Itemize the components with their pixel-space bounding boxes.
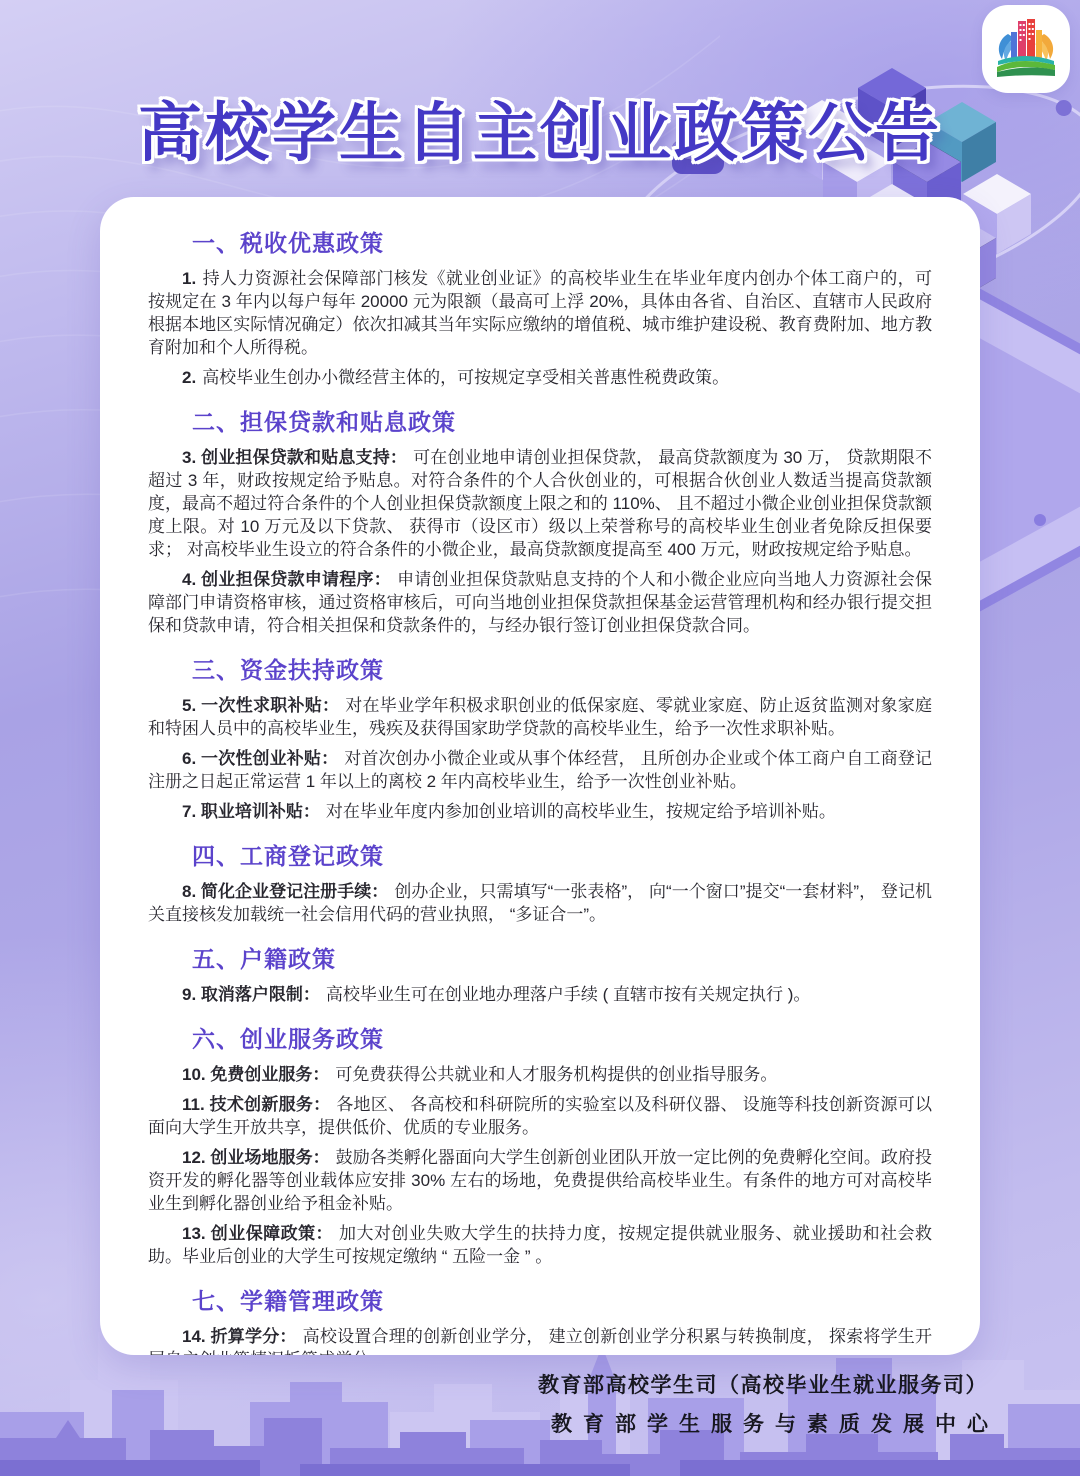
footer-line-2: 教育部学生服务与素质发展中心	[538, 1408, 999, 1438]
section-heading-hukou: 五、户籍政策	[192, 941, 932, 974]
item-text: 持人力资源社会保障部门核发《就业创业证》的高校毕业生在毕业年度内创办个体工商户的…	[148, 269, 932, 357]
section-heading-registration: 四、工商登记政策	[192, 838, 932, 871]
policy-item: 6. 一次性创业补贴：对首次创办小微企业或从事个体经营， 且所创办企业或个体工商…	[148, 747, 932, 793]
policy-item: 10. 免费创业服务：可免费获得公共就业和人才服务机构提供的创业指导服务。	[148, 1063, 932, 1086]
page-title: 高校学生自主创业政策公告	[0, 82, 1080, 174]
item-label: 4. 创业担保贷款申请程序：	[182, 570, 391, 589]
item-text: 可免费获得公共就业和人才服务机构提供的创业指导服务。	[335, 1065, 777, 1084]
item-label: 14. 折算学分：	[182, 1327, 297, 1346]
employment-service-logo	[982, 5, 1070, 93]
policy-item: 5. 一次性求职补贴：对在毕业学年积极求职创业的低保家庭、零就业家庭、防止返贫监…	[148, 694, 932, 740]
logo-icon	[991, 14, 1061, 84]
item-label: 2.	[182, 368, 196, 387]
item-label: 8. 简化企业登记注册手续：	[182, 882, 388, 901]
item-label: 12. 创业场地服务：	[182, 1148, 330, 1167]
policy-card: 一、税收优惠政策 1.持人力资源社会保障部门核发《就业创业证》的高校毕业生在毕业…	[100, 197, 980, 1355]
footer: 教育部高校学生司（高校毕业生就业服务司） 教育部学生服务与素质发展中心	[538, 1369, 988, 1438]
item-text: 高校毕业生可在创业地办理落户手续 ( 直辖市按有关规定执行 )。	[326, 985, 811, 1004]
policy-item: 1.持人力资源社会保障部门核发《就业创业证》的高校毕业生在毕业年度内创办个体工商…	[148, 267, 932, 359]
item-label: 1.	[182, 269, 196, 288]
section-heading-funding: 三、资金扶持政策	[192, 652, 932, 685]
policy-item: 9. 取消落户限制：高校毕业生可在创业地办理落户手续 ( 直辖市按有关规定执行 …	[148, 983, 932, 1006]
section-heading-student-status: 七、学籍管理政策	[192, 1283, 932, 1316]
item-label: 10. 免费创业服务：	[182, 1065, 329, 1084]
item-label: 3. 创业担保贷款和贴息支持：	[182, 448, 407, 467]
section-heading-loan: 二、担保贷款和贴息政策	[192, 404, 932, 437]
item-label: 13. 创业保障政策：	[182, 1224, 333, 1243]
policy-item: 12. 创业场地服务：鼓励各类孵化器面向大学生创新创业团队开放一定比例的免费孵化…	[148, 1146, 932, 1215]
section-heading-services: 六、创业服务政策	[192, 1021, 932, 1054]
item-label: 11. 技术创新服务：	[182, 1095, 330, 1114]
item-text: 对在毕业年度内参加创业培训的高校毕业生，按规定给予培训补贴。	[326, 802, 836, 821]
policy-item: 13. 创业保障政策：加大对创业失败大学生的扶持力度，按规定提供就业服务、就业援…	[148, 1222, 932, 1268]
item-label: 9. 取消落户限制：	[182, 985, 320, 1004]
item-text: 高校毕业生创办小微经营主体的，可按规定享受相关普惠性税费政策。	[202, 368, 729, 387]
poster: { "page": { "title": "高校学生自主创业政策公告" }, "…	[0, 0, 1080, 1476]
policy-item: 11. 技术创新服务：各地区、 各高校和科研院所的实验室以及科研仪器、 设施等科…	[148, 1093, 932, 1139]
section-heading-tax: 一、税收优惠政策	[192, 225, 932, 258]
policy-item: 7. 职业培训补贴：对在毕业年度内参加创业培训的高校毕业生，按规定给予培训补贴。	[148, 800, 932, 823]
policy-item: 3. 创业担保贷款和贴息支持：可在创业地申请创业担保贷款， 最高贷款额度为 30…	[148, 446, 932, 561]
item-label: 5. 一次性求职补贴：	[182, 696, 339, 715]
item-label: 7. 职业培训补贴：	[182, 802, 320, 821]
policy-item: 8. 简化企业登记注册手续：创办企业，只需填写“一张表格”， 向“一个窗口”提交…	[148, 880, 932, 926]
policy-item: 2.高校毕业生创办小微经营主体的，可按规定享受相关普惠性税费政策。	[148, 366, 932, 389]
item-label: 6. 一次性创业补贴：	[182, 749, 338, 768]
footer-line-1: 教育部高校学生司（高校毕业生就业服务司）	[538, 1369, 988, 1399]
policy-item: 4. 创业担保贷款申请程序：申请创业担保贷款贴息支持的个人和小微企业应向当地人力…	[148, 568, 932, 637]
policy-item: 14. 折算学分：高校设置合理的创新创业学分， 建立创新创业学分积累与转换制度，…	[148, 1325, 932, 1355]
